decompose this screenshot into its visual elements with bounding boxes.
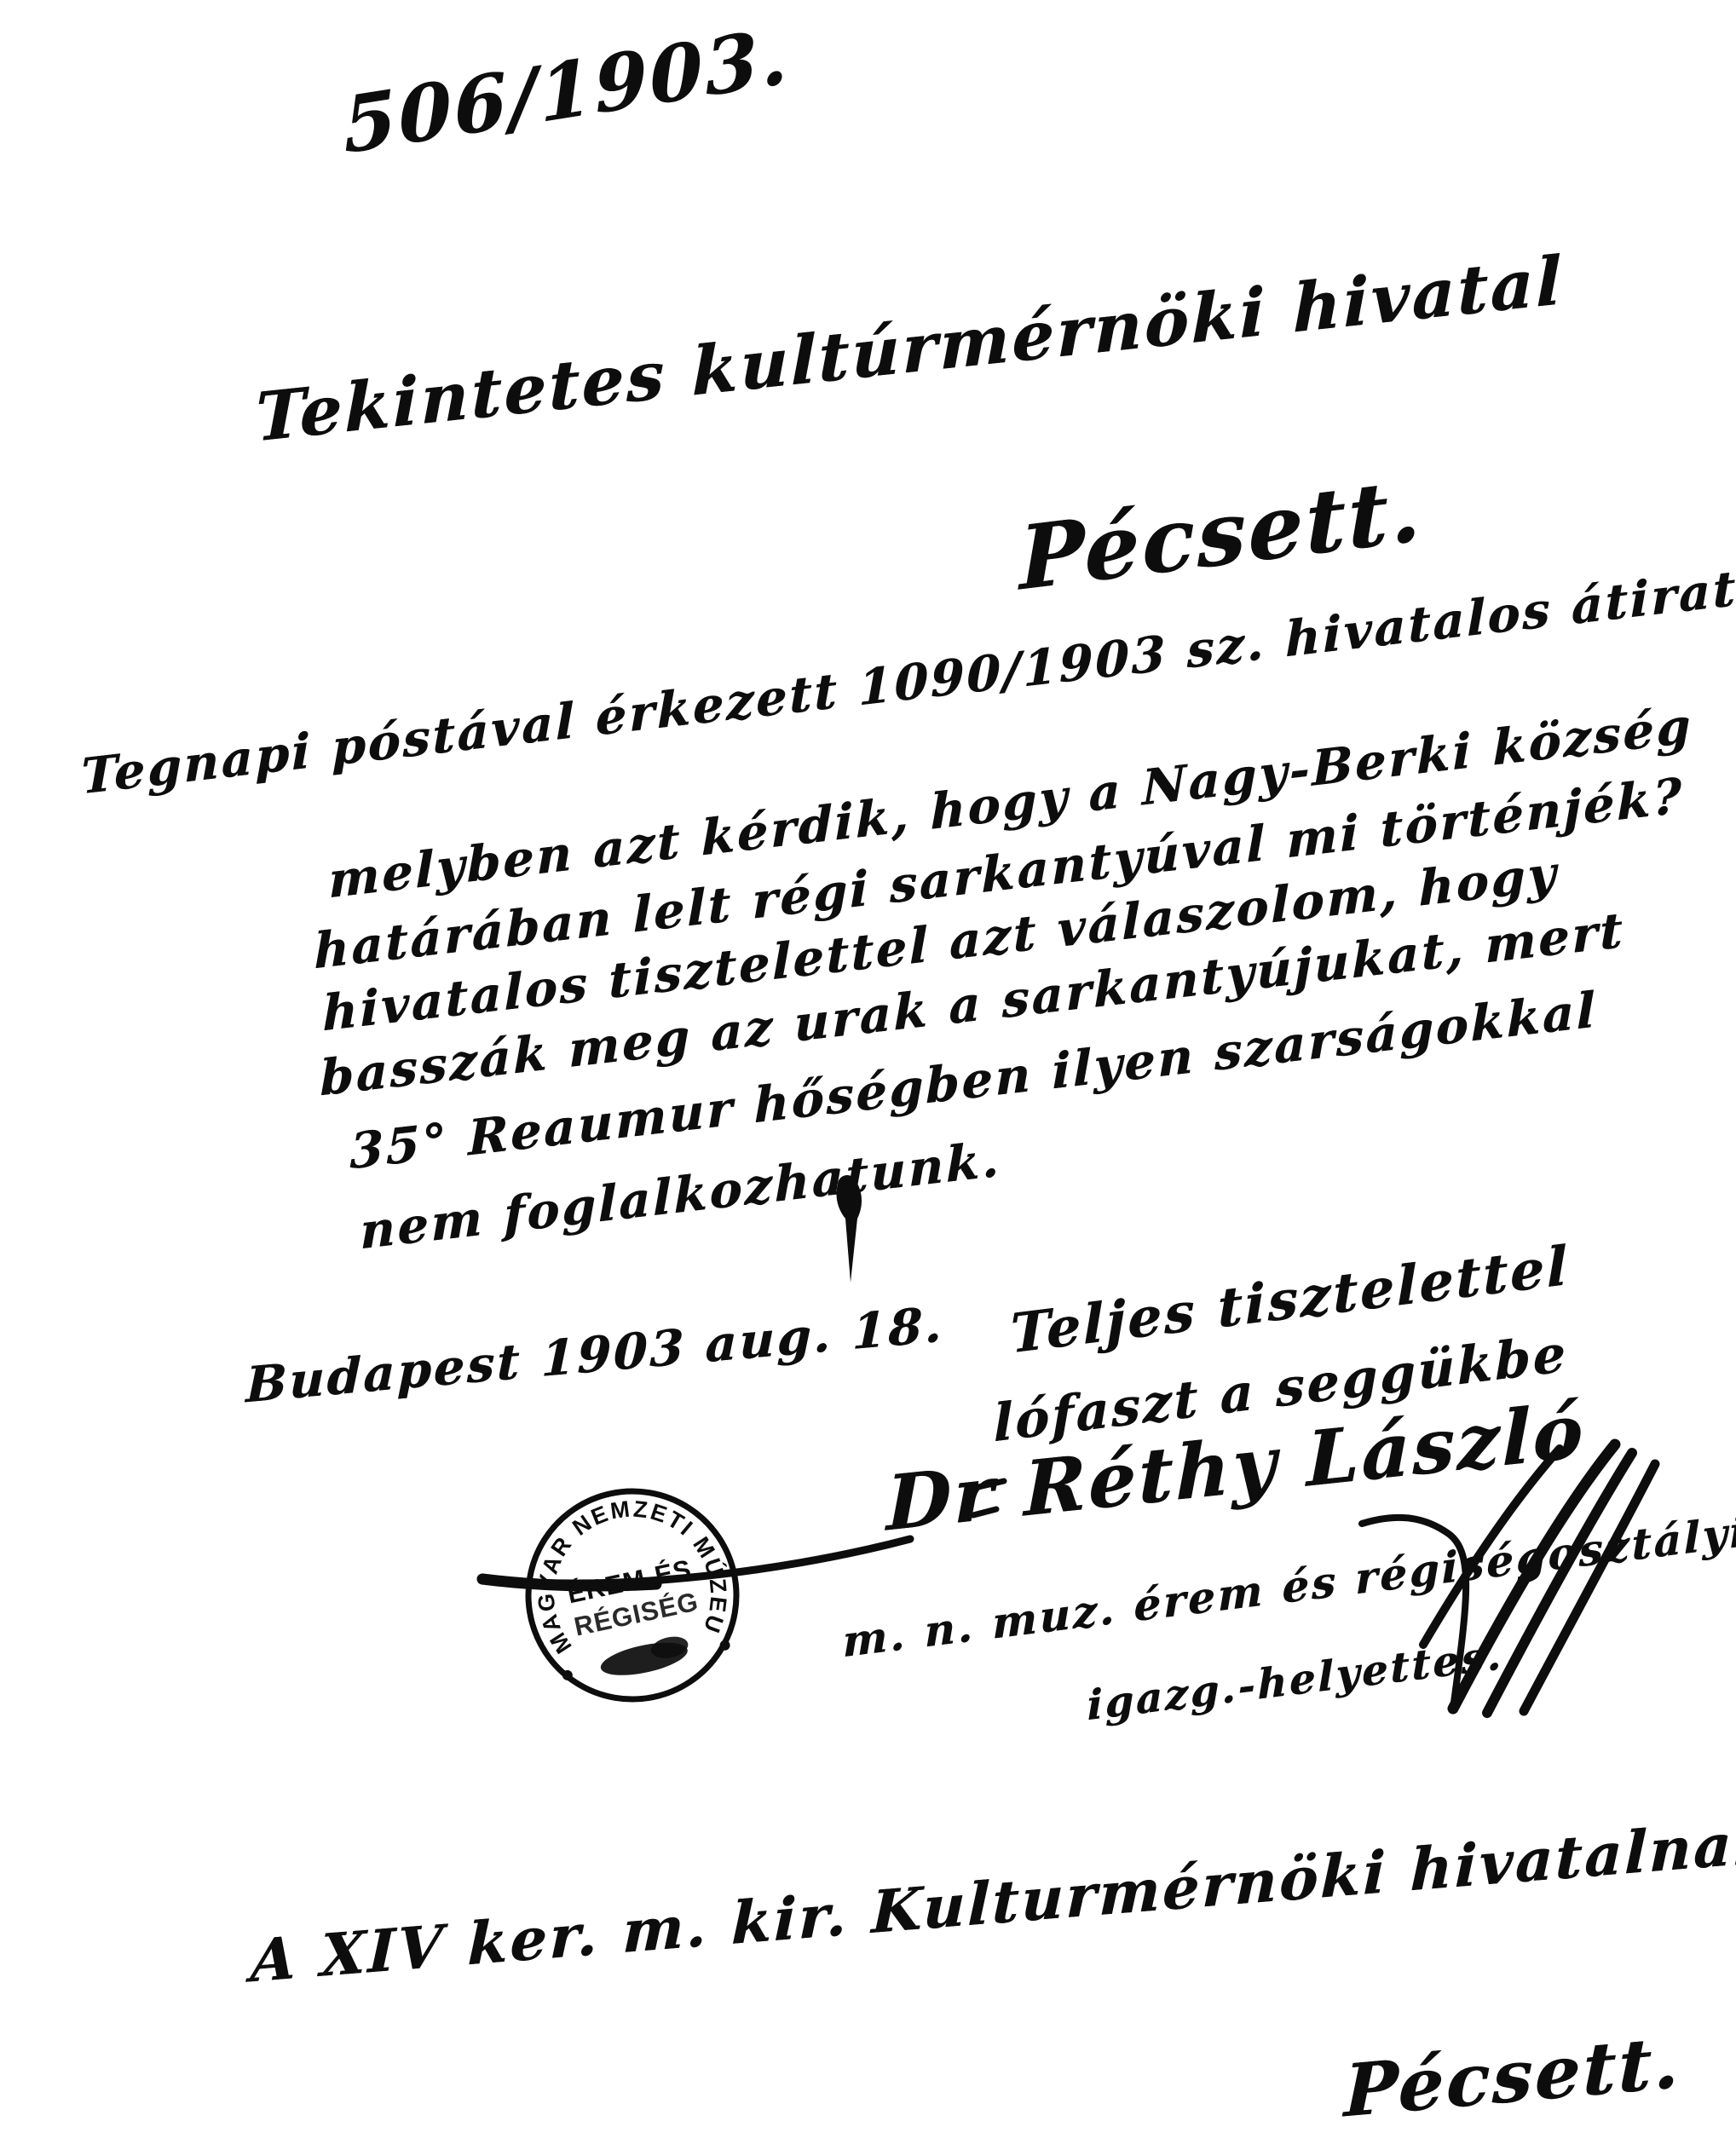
dateline: Budapest 1903 aug. 18.: [245, 1295, 944, 1414]
salutation-city: Pécsett.: [1018, 458, 1424, 611]
museum-stamp-icon: MAGYAR NEMZETI MÚZEUM ÉREM-ÉS RÉGISÉG: [501, 1464, 764, 1726]
signature-flourish: [1524, 1464, 1655, 1711]
letter-page: 506/1903. Tekintetes kultúrmérnöki hivat…: [0, 0, 1736, 2150]
address-line: A XIV ker. m. kir. Kulturmérnöki hivatal…: [250, 1807, 1736, 1996]
address-city: Pécsett.: [1343, 2019, 1681, 2133]
signer-title-line: igazg.-helyettes.: [1087, 1631, 1503, 1730]
reference-number: 506/1903.: [341, 10, 792, 171]
salutation-recipient: Tekintetes kultúrmérnöki hivatal: [256, 242, 1563, 458]
